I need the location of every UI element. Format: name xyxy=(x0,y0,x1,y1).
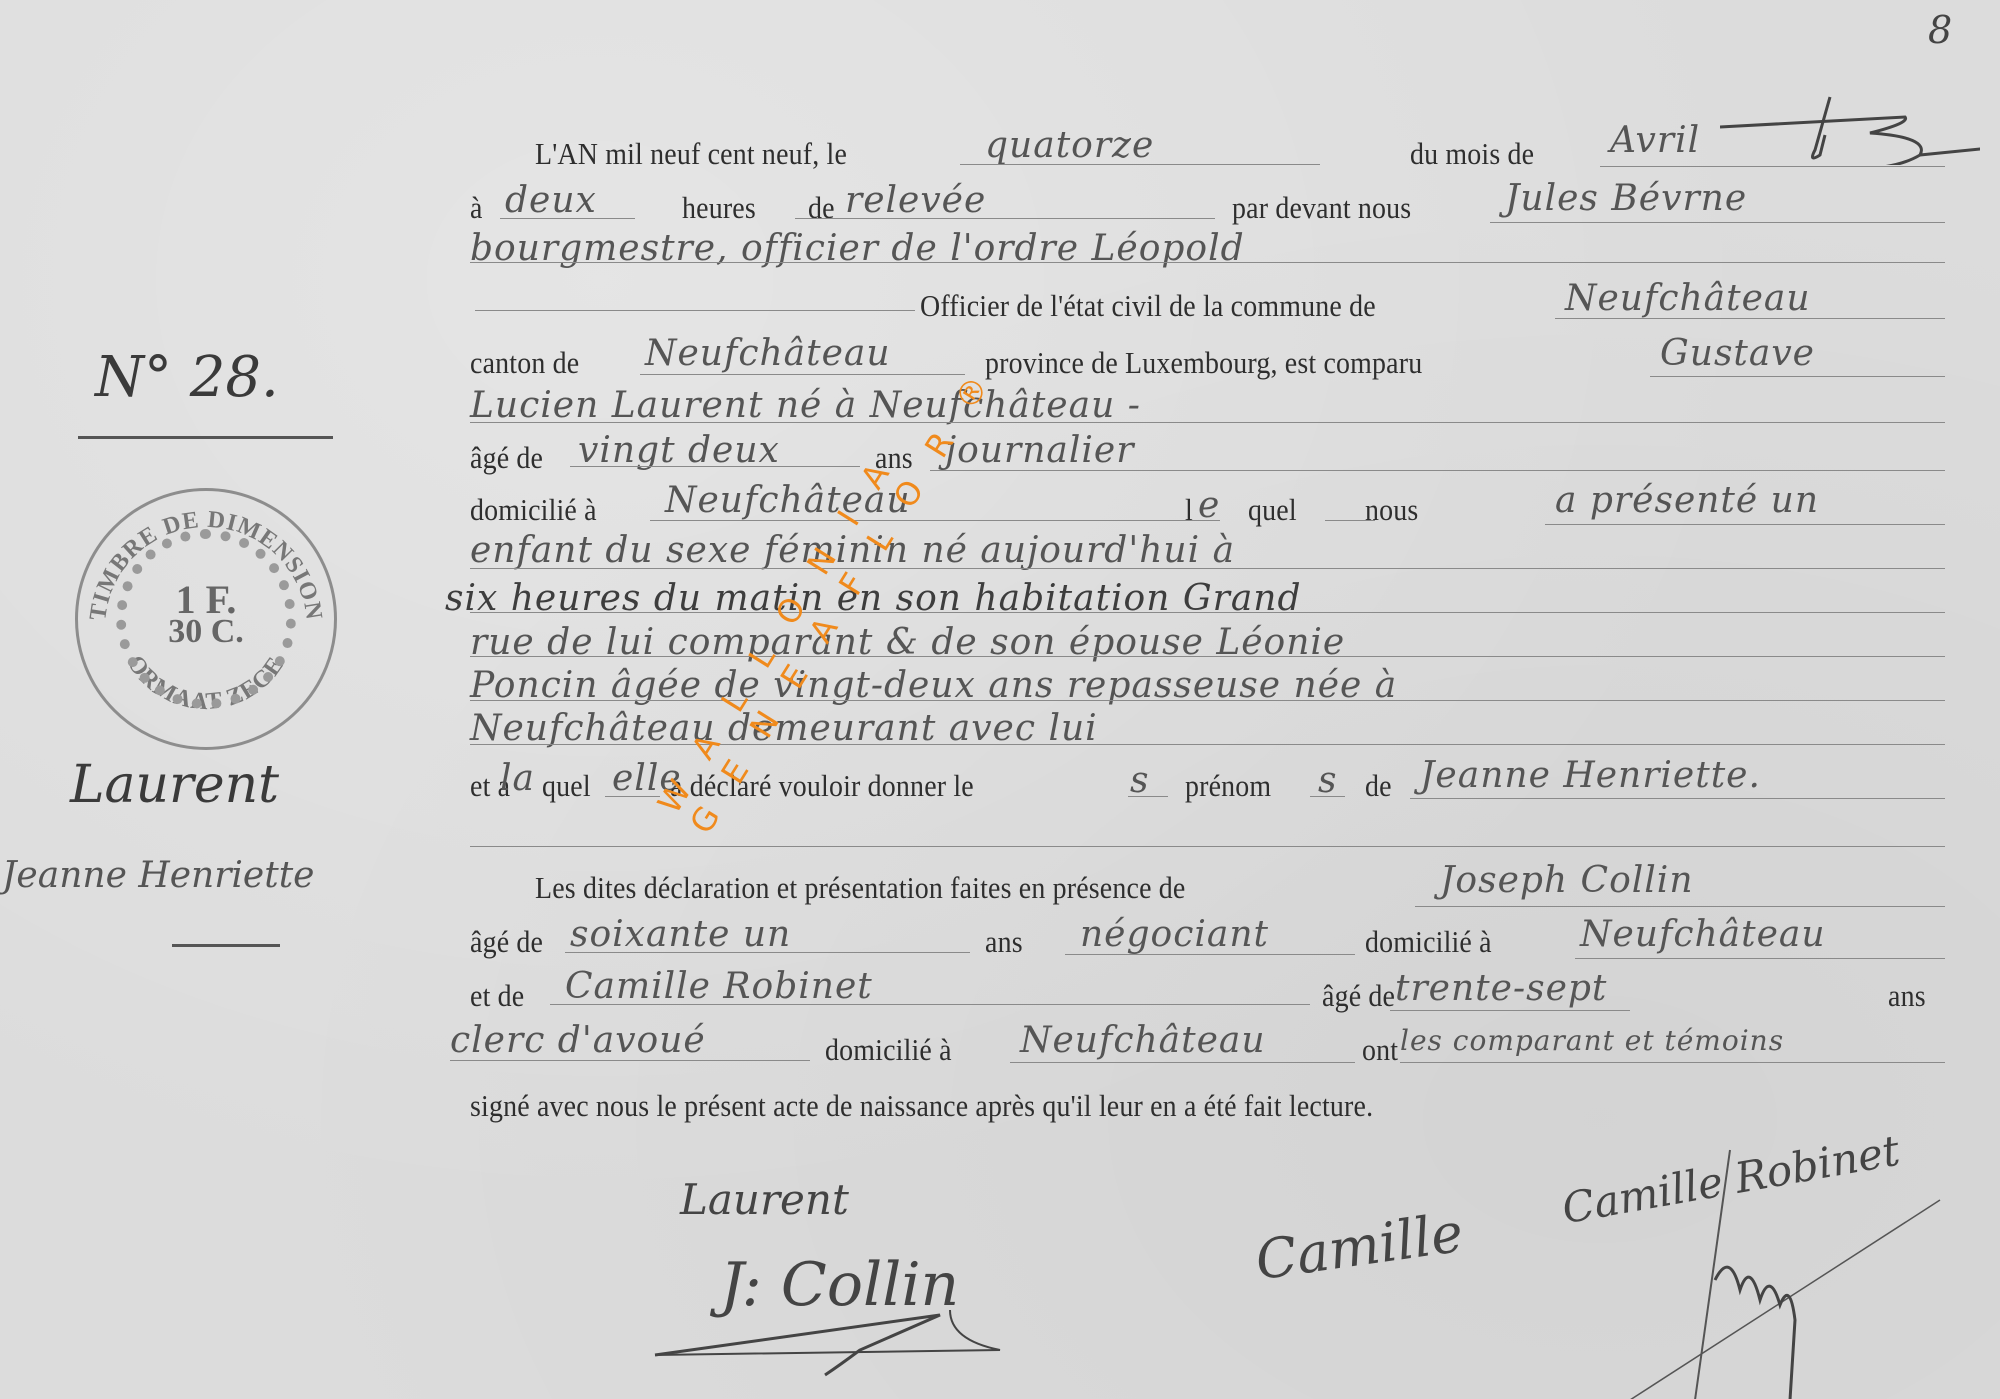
fill-line xyxy=(450,1060,810,1061)
signature-flourish-icon xyxy=(650,1300,1010,1380)
handwritten-commune: Neufchâteau xyxy=(1565,278,1811,319)
fill-line xyxy=(930,470,1945,471)
handwritten-declarant-first: Gustave xyxy=(1660,333,1815,374)
handwritten-child-name: Jeanne Henriette. xyxy=(1420,755,1761,796)
fill-line xyxy=(470,656,1945,657)
fill-line xyxy=(1010,1062,1355,1063)
printed-text: prénom xyxy=(1185,768,1271,804)
margin-given-names: Jeanne Henriette xyxy=(2,855,314,896)
handwritten-witness2-age: trente-sept xyxy=(1395,968,1607,1009)
fill-line xyxy=(470,568,1945,569)
paraphe-initials-icon xyxy=(1720,55,1980,165)
fill-line xyxy=(470,422,1945,423)
handwritten-witness1-age: soixante un xyxy=(570,914,791,955)
printed-text: ont xyxy=(1362,1032,1398,1068)
printed-text: et de xyxy=(470,978,524,1014)
printed-text: de xyxy=(808,190,835,226)
printed-text: signé avec nous le présent acte de naiss… xyxy=(470,1088,1373,1124)
fill-line xyxy=(960,164,1320,165)
fill-line xyxy=(795,218,1215,219)
printed-text: de xyxy=(1365,768,1392,804)
handwritten-canton: Neufchâteau xyxy=(645,333,891,374)
fill-line xyxy=(1415,906,1945,907)
printed-text: quel xyxy=(1248,492,1297,528)
stamp-value-centimes: 30 C. xyxy=(78,613,334,651)
printed-text: nous xyxy=(1365,492,1418,528)
fill-line xyxy=(1128,796,1168,797)
fill-line xyxy=(470,846,1945,847)
handwritten-witness2-occupation: clerc d'avoué xyxy=(450,1020,706,1061)
fill-line xyxy=(1600,166,1945,167)
page-number: 8 xyxy=(1928,8,1952,52)
fill-line xyxy=(1390,1010,1630,1011)
handwritten-witness1-occupation: négociant xyxy=(1080,914,1269,955)
printed-text: domicilié à xyxy=(1365,924,1492,960)
handwritten-hour: deux xyxy=(505,180,597,221)
handwritten-signatories: les comparant et témoins xyxy=(1400,1024,1784,1057)
printed-text: âgé de xyxy=(470,440,543,476)
printed-text: l xyxy=(1185,492,1193,528)
fill-line xyxy=(1490,222,1945,223)
handwritten-declarant-age: vingt deux xyxy=(578,430,780,471)
printed-text: âgé de xyxy=(470,924,543,960)
fill-line xyxy=(565,952,970,953)
handwritten-article: e xyxy=(1198,485,1220,526)
printed-text: L'AN mil neuf cent neuf, le xyxy=(535,136,847,172)
handwritten-witness1-name: Joseph Collin xyxy=(1440,860,1694,901)
handwritten-day: quatorze xyxy=(985,125,1154,166)
fill-line xyxy=(1545,524,1945,525)
printed-text: Officier de l'état civil de la commune d… xyxy=(920,288,1376,324)
printed-text: quel xyxy=(542,768,591,804)
handwritten-declarant-occupation: journalier xyxy=(945,430,1134,471)
handwritten-witness2-name: Camille Robinet xyxy=(565,966,873,1007)
fill-line xyxy=(470,262,1945,263)
fill-line xyxy=(650,520,1220,521)
printed-text: à xyxy=(470,190,483,226)
signature-officer-icon xyxy=(1600,1140,1960,1399)
handwritten-declarant-name: Lucien Laurent né à Neufchâteau - xyxy=(470,385,1141,426)
fill-line xyxy=(1310,796,1345,797)
fill-line xyxy=(1410,798,1945,799)
handwritten-presented: a présenté un xyxy=(1555,480,1819,521)
tax-stamp: TIMBRE DE DIMENSION FORMAAT ZEGEL 1 F. 3… xyxy=(75,488,337,750)
margin-surname: Laurent xyxy=(70,755,279,815)
fill-line xyxy=(500,218,635,219)
fill-line xyxy=(550,1004,1310,1005)
fill-line xyxy=(1400,1062,1945,1063)
fill-line xyxy=(570,466,860,467)
handwritten-month: Avril xyxy=(1610,120,1700,161)
fill-line xyxy=(1555,318,1945,319)
fill-line xyxy=(1065,954,1355,955)
handwritten-plural: s xyxy=(1318,760,1337,801)
acte-number: N° 28. xyxy=(95,345,279,410)
printed-text: du mois de xyxy=(1410,136,1534,172)
printed-text: heures xyxy=(682,190,756,226)
handwritten-plural: s xyxy=(1130,760,1149,801)
fill-line xyxy=(1650,376,1945,377)
handwritten-witness2-domicile: Neufchâteau xyxy=(1020,1020,1266,1061)
acte-number-underline xyxy=(78,436,333,439)
printed-text: par devant nous xyxy=(1232,190,1411,226)
printed-text: ans xyxy=(1888,978,1926,1014)
fill-line xyxy=(470,612,1945,613)
fill-line xyxy=(1575,958,1945,959)
fill-line xyxy=(470,700,1945,701)
printed-text: ans xyxy=(985,924,1023,960)
printed-text: domicilié à xyxy=(470,492,597,528)
printed-text: âgé de xyxy=(1322,978,1395,1014)
printed-text: Les dites déclaration et présentation fa… xyxy=(535,870,1185,906)
signature-declarant: Laurent xyxy=(680,1175,849,1224)
handwritten-witness1-domicile: Neufchâteau xyxy=(1580,914,1826,955)
handwritten-article: la xyxy=(500,758,535,799)
printed-text: canton de xyxy=(470,345,579,381)
handwritten-time-of-day: relevée xyxy=(845,180,986,221)
margin-name-underline xyxy=(172,944,280,947)
fill-line xyxy=(475,310,915,311)
printed-text: domicilié à xyxy=(825,1032,952,1068)
printed-text: province de Luxembourg, est comparu xyxy=(985,345,1422,381)
handwritten-officer-name: Jules Bévrne xyxy=(1505,178,1747,219)
signature-witness2-first: Camille xyxy=(1252,1201,1467,1292)
civil-registry-page: 8 N° 28. TIMBRE DE DIMENSION FORMAAT ZEG… xyxy=(0,0,2000,1399)
